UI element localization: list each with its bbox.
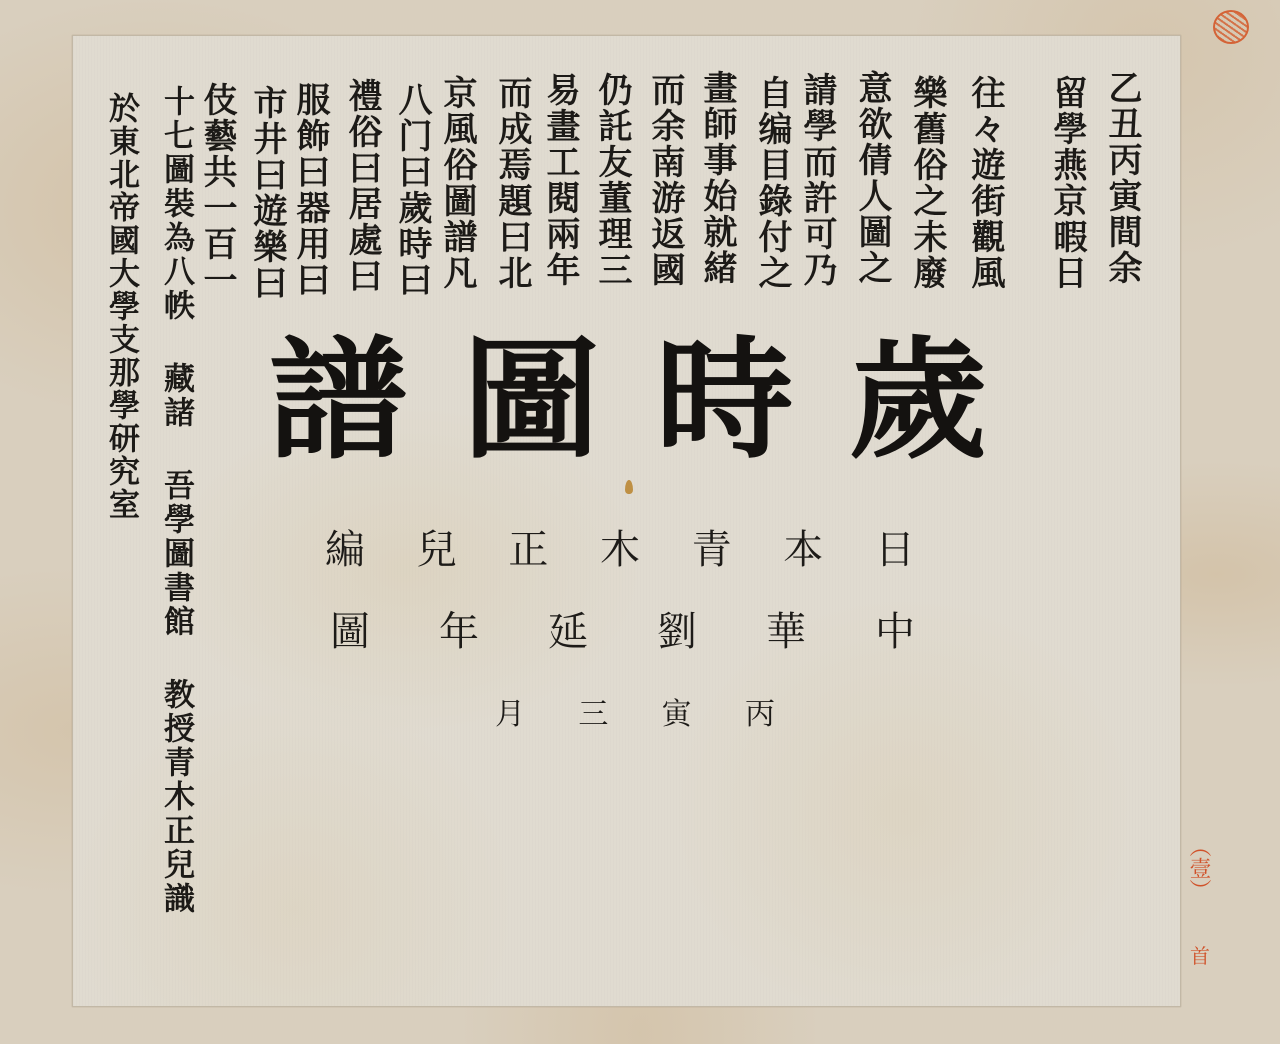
preface-column-8: 畫師事始就緒	[700, 70, 734, 286]
preface-column-4: 樂舊俗之未廢	[910, 75, 944, 291]
preface-column-14: 八门曰歲時曰	[395, 82, 429, 298]
paper-stain	[625, 480, 633, 494]
credit-char: 本	[778, 530, 828, 570]
preface-column-9: 而余南游返國	[648, 72, 682, 288]
preface-column-3: 往々遊街觀風	[968, 75, 1002, 291]
credit-char: 圖	[325, 612, 375, 652]
title-char-sui: 歲	[838, 335, 998, 466]
preface-column-16: 服飾曰器用曰	[293, 82, 327, 298]
credit-char: 木	[595, 530, 645, 570]
preface-column-10: 仍託友董理三	[595, 72, 629, 288]
credit-char: 日	[870, 530, 920, 570]
preface-column-6: 請學而許可乃	[800, 72, 834, 288]
mounting-paper: 乙丑丙寅間余 留學燕京暇日 往々遊街觀風 樂舊俗之未廢 意欲倩人圖之 請學而許可…	[0, 0, 1280, 1044]
title-char-tu: 圖	[451, 335, 611, 466]
date-char: 丙	[740, 700, 780, 730]
date-line: 月 三 寅 丙	[490, 700, 780, 730]
credit-char: 延	[543, 612, 593, 652]
preface-column-17: 市井曰遊樂曰	[250, 85, 284, 301]
credit-char: 正	[503, 530, 553, 570]
page-mark-label: 首	[1190, 946, 1210, 966]
preface-column-12: 而成焉題曰北	[495, 75, 529, 291]
title-char-shi: 時	[645, 335, 805, 466]
preface-column-20-location: 於東北帝國大學支那學研究室	[105, 92, 136, 521]
credit-char: 華	[761, 612, 811, 652]
illustrator-credit: 圖 年 延 劉 華 中	[325, 612, 920, 652]
credit-char: 青	[687, 530, 737, 570]
preface-column-7: 自编目錄付之	[755, 75, 789, 291]
page-number-label: （壹）	[1187, 835, 1209, 901]
title-char-pu: 譜	[258, 335, 418, 466]
credit-char: 年	[434, 612, 484, 652]
preface-column-2: 留學燕京暇日	[1050, 75, 1084, 291]
date-char: 寅	[657, 700, 697, 730]
preface-column-19-signature: 十七圖裝為八帙 藏諸 吾學圖書館 教授青木正兒識	[160, 85, 191, 916]
preface-column-1: 乙丑丙寅間余	[1105, 70, 1139, 286]
preface-column-11: 易畫工閱兩年	[543, 72, 577, 288]
preface-column-15: 禮俗曰居處曰	[345, 78, 379, 294]
preface-column-5: 意欲倩人圖之	[855, 70, 889, 286]
preface-column-18: 伎藝共一百一	[200, 82, 234, 298]
main-title: 譜 圖 時 歲	[258, 326, 998, 476]
credit-char: 中	[870, 612, 920, 652]
date-char: 三	[573, 700, 613, 730]
credit-char: 劉	[652, 612, 702, 652]
editor-credit: 編 兒 正 木 青 本 日	[320, 530, 920, 570]
preface-column-13: 京風俗圖譜凡	[440, 75, 474, 291]
date-char: 月	[490, 700, 530, 730]
collector-seal-icon	[1213, 10, 1249, 44]
credit-char: 兒	[412, 530, 462, 570]
credit-char: 編	[320, 530, 370, 570]
